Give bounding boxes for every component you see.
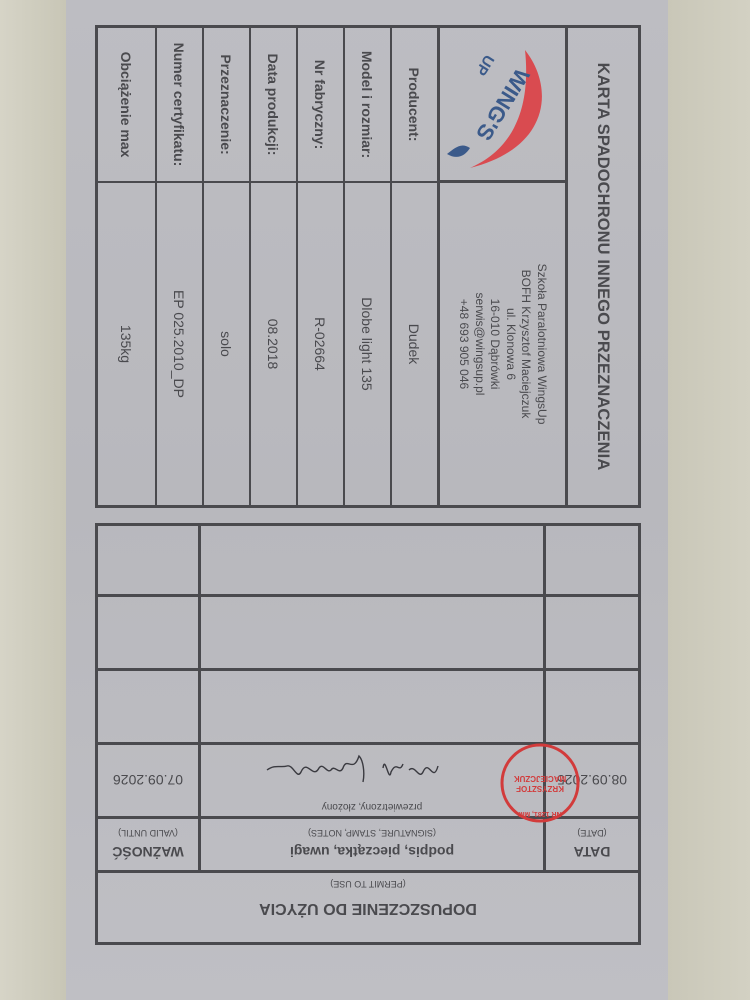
field-value: R-02664 bbox=[298, 183, 343, 505]
permit-title-text: DOPUSZCZENIE DO UŻYCIA bbox=[259, 899, 477, 917]
address-line: Szkoła Paralotniowa WingsUp bbox=[534, 264, 550, 425]
field-value: 135kg bbox=[98, 183, 155, 505]
header-signature: podpis, pieczątka, uwagi (SIGNATURE, STA… bbox=[198, 819, 543, 870]
field-label: Model i rozmiar: bbox=[345, 28, 390, 183]
svg-text:KRZYSZTOF: KRZYSZTOF bbox=[516, 784, 564, 793]
field-label: Data produkcji: bbox=[251, 28, 296, 183]
field-label: Nr fabryczny: bbox=[298, 28, 343, 183]
field-value: Dudek bbox=[392, 183, 437, 505]
field-row-max-load: Obciążenie max 135kg bbox=[98, 28, 155, 505]
header-row: WING'S UP Szkoła Paralotniowa WingsUp BO… bbox=[437, 28, 565, 505]
address-line: BOFH Krzysztof Maciejczuk bbox=[518, 270, 534, 419]
field-row-producer: Producent: Dudek bbox=[390, 28, 437, 505]
field-label: Producent: bbox=[392, 28, 437, 183]
permit-empty-row bbox=[98, 594, 638, 668]
field-row-purpose: Przeznaczenie: solo bbox=[202, 28, 249, 505]
field-row-serial: Nr fabryczny: R-02664 bbox=[296, 28, 343, 505]
phone: +48 693 905 046 bbox=[456, 299, 472, 389]
svg-text:UP: UP bbox=[472, 52, 497, 79]
entry-note: przewietrzony, złożony bbox=[201, 801, 543, 812]
field-label: Przeznaczenie: bbox=[204, 28, 249, 183]
background-surface bbox=[0, 0, 66, 1000]
field-row-model: Model i rozmiar: Dlobe light 135 bbox=[343, 28, 390, 505]
svg-text:MACIEJCZUK: MACIEJCZUK bbox=[514, 774, 567, 783]
parachute-card: KARTA SPADOCHRONU INNEGO PRZEZNACZENIA W… bbox=[95, 25, 641, 508]
permit-table: DOPUSZCZENIE DO UŻYCIA (PERMIT TO USE) D… bbox=[95, 523, 641, 945]
permit-empty-row bbox=[98, 526, 638, 594]
svg-text:NR 1281, MM: NR 1281, MM bbox=[518, 810, 561, 817]
address-line: ul. Klonowa 6 bbox=[503, 308, 519, 380]
field-value: solo bbox=[204, 183, 249, 505]
header-date: DATA (DATE) bbox=[543, 819, 638, 870]
school-address: Szkoła Paralotniowa WingsUp BOFH Krzyszt… bbox=[440, 183, 565, 505]
wingsup-logo-icon: WING'S UP bbox=[440, 28, 565, 180]
field-label: Numer certyfikatu: bbox=[157, 28, 202, 183]
wingsup-logo: WING'S UP bbox=[440, 28, 565, 183]
email: serwis@wingsup.pl bbox=[472, 293, 488, 396]
field-value: EP 025.2010_DP bbox=[157, 183, 202, 505]
field-label: Obciążenie max bbox=[98, 28, 155, 183]
field-value: 08.2018 bbox=[251, 183, 296, 505]
background-surface bbox=[668, 0, 750, 1000]
address-line: 16-010 Dąbrówki bbox=[487, 299, 503, 390]
entry-valid-until: 07.09.2026 bbox=[98, 745, 198, 816]
entry-signature-cell: przewietrzony, złożony KRZYSZTOF MACIEJC… bbox=[198, 745, 543, 816]
header-valid-until: WAŻNOŚĆ (VALID UNTIL) bbox=[98, 819, 198, 870]
field-row-certificate: Numer certyfikatu: EP 025.2010_DP bbox=[155, 28, 202, 505]
field-row-production-date: Data produkcji: 08.2018 bbox=[249, 28, 296, 505]
card-title: KARTA SPADOCHRONU INNEGO PRZEZNACZENIA bbox=[565, 28, 638, 505]
permit-subtitle: (PERMIT TO USE) bbox=[330, 879, 406, 889]
handwritten-signature bbox=[253, 750, 443, 794]
permit-entry-row: 08.09.2025 przewietrzony, złożony KRZYSZ… bbox=[98, 742, 638, 816]
red-stamp: KRZYSZTOF MACIEJCZUK NR 1281, MM bbox=[497, 740, 583, 826]
permit-title: DOPUSZCZENIE DO UŻYCIA (PERMIT TO USE) bbox=[98, 870, 638, 942]
field-value: Dlobe light 135 bbox=[345, 183, 390, 505]
permit-empty-row bbox=[98, 668, 638, 742]
